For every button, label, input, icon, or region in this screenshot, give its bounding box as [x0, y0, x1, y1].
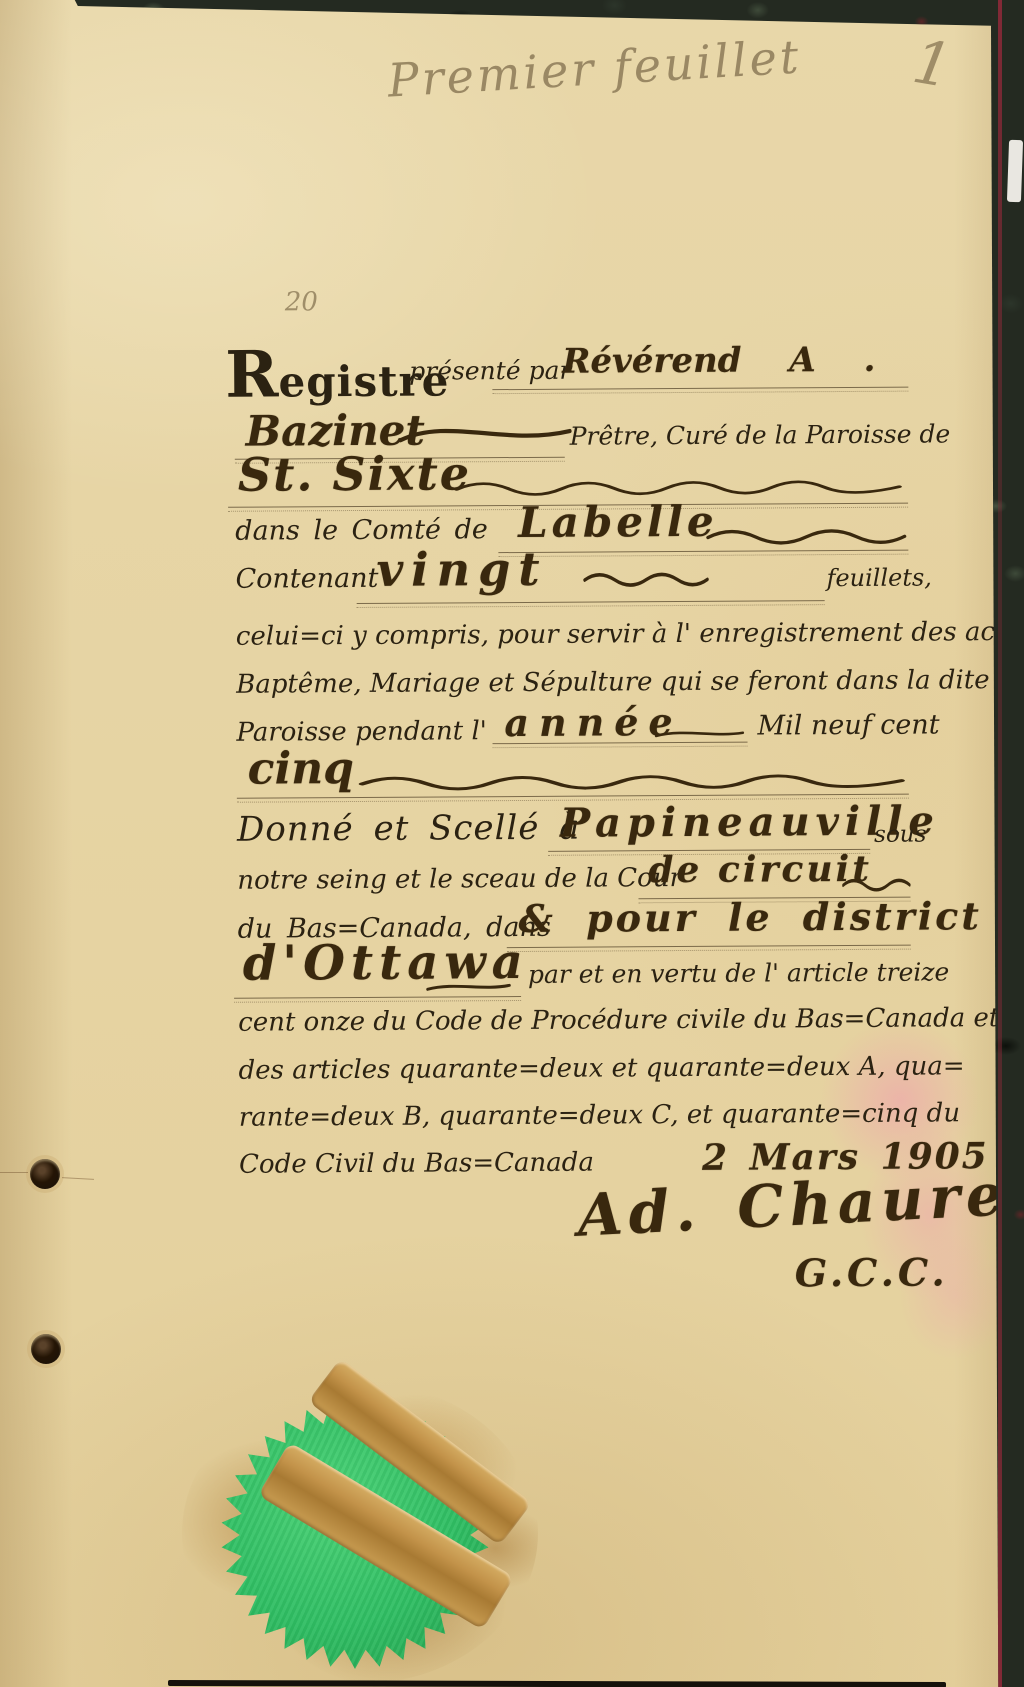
signature-title: G.C.C.	[795, 1249, 949, 1295]
pencil-header: Premier feuillet	[386, 29, 802, 107]
pen-flourish	[583, 569, 708, 588]
book-binding-red-edge	[998, 0, 1002, 1687]
pencil-note: 20	[285, 287, 318, 317]
sheets-label: feuillets,	[826, 563, 932, 592]
body-line-1: celui=ci y compris, pour servir à l' enr…	[236, 618, 908, 652]
pen-flourish	[706, 525, 906, 546]
contains-value: vingt	[376, 542, 547, 597]
fill-line	[492, 387, 908, 395]
contains-label: Contenant	[235, 563, 378, 595]
legal-line-2: cent onze du Code de Procédure civile du…	[238, 1004, 910, 1038]
pen-flourish	[426, 980, 511, 995]
fill-line	[357, 600, 825, 608]
parish-value: St. Sixte	[238, 446, 471, 501]
pen-flourish	[654, 727, 744, 742]
body-line-3b: Mil neuf cent	[757, 709, 939, 741]
paper-crack	[0, 1172, 28, 1173]
fill-line	[498, 550, 908, 558]
district-value: & pour le district	[518, 893, 982, 941]
book-cover-edge-bottom	[168, 1680, 946, 1687]
year-value: cinq	[248, 743, 355, 795]
pen-flourish	[842, 876, 910, 892]
punch-hole	[31, 1334, 61, 1364]
issued-label: Donné et Scellé à	[237, 808, 581, 850]
court-value: de circuit	[648, 848, 872, 891]
fill-line	[493, 742, 748, 749]
signature: Ad. Chauret	[576, 1159, 1024, 1250]
priest-title-label: Prêtre, Curé de la Paroisse de	[570, 419, 951, 450]
punch-hole	[30, 1159, 60, 1189]
legal-line-1: par et en vertu de l' article treize	[528, 957, 950, 989]
presented-by-label: présenté par	[409, 356, 571, 386]
paper-sliver	[1007, 140, 1023, 202]
issued-suffix-label: sous	[874, 822, 926, 848]
scanned-register-page: Premier feuillet 1 20 Registre présenté …	[0, 0, 1024, 1687]
court-line-label: notre seing et le sceau de la Cour	[237, 863, 682, 896]
fill-line	[234, 996, 521, 1003]
fill-line	[507, 945, 911, 952]
page-number: 1	[908, 27, 957, 102]
legal-line-5: Code Civil du Bas=Canada	[239, 1148, 594, 1180]
pen-flourish	[358, 770, 906, 795]
form-content: Premier feuillet 1 20 Registre présenté …	[0, 0, 1024, 1687]
pen-flourish	[398, 420, 573, 447]
legal-line-4: rante=deux B, quarante=deux C, et quaran…	[239, 1099, 911, 1133]
legal-line-3: des articles quarante=deux et quarante=d…	[238, 1052, 910, 1086]
presented-by-value: Révérend A .	[562, 340, 875, 382]
county-value: Labelle	[518, 497, 718, 547]
body-line-2: Baptême, Mariage et Sépulture qui se fer…	[236, 666, 908, 700]
